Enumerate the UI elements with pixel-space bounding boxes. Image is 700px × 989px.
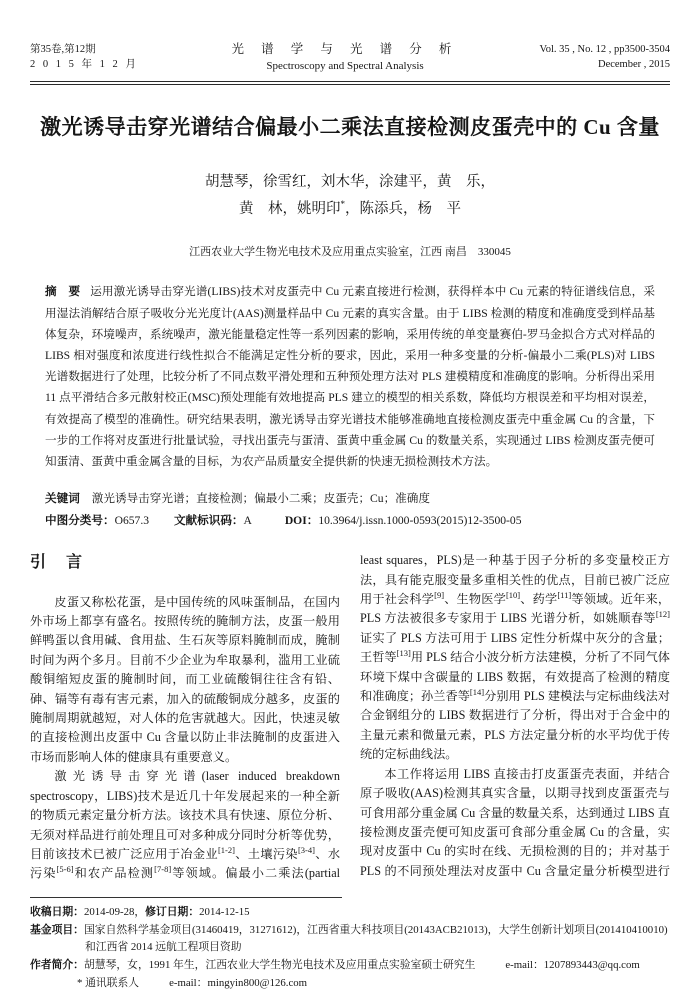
doi-label: DOI： [285, 514, 319, 527]
footnote-author-bio: 作者简介：胡慧琴，女，1991 年生，江西农业大学生物光电技术及应用重点实验室硕… [30, 957, 670, 975]
journal-date-en: December , 2015 [490, 57, 670, 72]
journal-date-cn: 2 0 1 5 年 1 2 月 [30, 57, 200, 72]
fund-text: 国家自然科学基金项目(31460419，31271612)，江西省重大科技项目(… [84, 924, 668, 954]
footnote-rule [30, 897, 342, 898]
author-list: 胡慧琴，徐雪红，刘木华，涂建平，黄 乐， 黄 林，姚明印*，陈添兵，杨 平 [30, 169, 670, 223]
body-columns: 引 言 皮蛋又称松花蛋，是中国传统的风味蛋制品，在国内外市场上都享有盛名。按照传… [30, 551, 670, 887]
corresponding-text: * 通讯联系人 [77, 977, 139, 989]
journal-header: 第35卷,第12期 2 0 1 5 年 1 2 月 光 谱 学 与 光 谱 分 … [30, 42, 670, 74]
received-value: 2014-09-28， [84, 906, 145, 918]
section-heading-introduction: 引 言 [30, 553, 340, 572]
footnote-corresponding: * 通讯联系人e-mail：mingyin800@126.com [30, 975, 670, 989]
journal-volume-cn: 第35卷,第12期 [30, 42, 200, 57]
journal-title-cn: 光 谱 学 与 光 谱 分 析 [200, 42, 490, 57]
article-title: 激光诱导击穿光谱结合偏最小二乘法直接检测皮蛋壳中的 Cu 含量 [30, 111, 670, 141]
journal-volume-en: Vol. 35 , No. 12 , pp3500-3504 [490, 42, 670, 57]
clc-value: O657.3 [115, 514, 149, 527]
footnote-dates: 收稿日期：2014-09-28，修订日期：2014-12-15 [30, 904, 670, 922]
doi-value: 10.3964/j.issn.1000-0593(2015)12-3500-05 [318, 514, 521, 527]
doc-code-label: 文献标识码： [174, 514, 244, 527]
revised-value: 2014-12-15 [199, 906, 249, 918]
abstract: 摘 要运用激光诱导击穿光谱(LIBS)技术对皮蛋壳中 Cu 元素直接进行检测，获… [45, 281, 655, 472]
keywords-text: 激光诱导击穿光谱；直接检测；偏最小二乘；皮蛋壳；Cu；准确度 [92, 492, 430, 505]
abstract-text: 运用激光诱导击穿光谱(LIBS)技术对皮蛋壳中 Cu 元素直接进行检测，获得样本… [45, 285, 655, 468]
journal-title-block: 光 谱 学 与 光 谱 分 析 Spectroscopy and Spectra… [200, 42, 490, 74]
affiliation: 江西农业大学生物光电技术及应用重点实验室，江西 南昌 330045 [30, 243, 670, 259]
journal-issue-en-block: Vol. 35 , No. 12 , pp3500-3504 December … [490, 42, 670, 72]
bio-text: 胡慧琴，女，1991 年生，江西农业大学生物光电技术及应用重点实验室硕士研究生 [84, 959, 475, 971]
body-paragraph-1: 皮蛋又称松花蛋，是中国传统的风味蛋制品，在国内外市场上都享有盛名。按照传统的腌制… [30, 593, 340, 768]
meta-line: 中图分类号：O657.3 文献标识码：A DOI：10.3964/j.issn.… [45, 511, 655, 531]
keywords-label: 关键词 [45, 492, 80, 505]
clc-label: 中图分类号： [45, 514, 115, 527]
author-line-2: 黄 林，姚明印*，陈添兵，杨 平 [30, 196, 670, 223]
keywords: 关键词激光诱导击穿光谱；直接检测；偏最小二乘；皮蛋壳；Cu；准确度 [45, 489, 655, 509]
received-label: 收稿日期： [30, 906, 84, 918]
abstract-label: 摘 要 [45, 285, 80, 298]
footnotes: 收稿日期：2014-09-28，修订日期：2014-12-15 基金项目：国家自… [30, 904, 670, 989]
fund-label: 基金项目： [30, 924, 84, 936]
header-double-rule [30, 81, 670, 85]
bio-label: 作者简介： [30, 959, 84, 971]
journal-title-en: Spectroscopy and Spectral Analysis [200, 59, 490, 74]
doc-code-value: A [244, 514, 252, 527]
bio-email: e-mail：1207893443@qq.com [505, 959, 639, 971]
paper-page: 第35卷,第12期 2 0 1 5 年 1 2 月 光 谱 学 与 光 谱 分 … [0, 0, 700, 989]
corresponding-email: e-mail：mingyin800@126.com [169, 977, 307, 989]
footnote-funding: 基金项目：国家自然科学基金项目(31460419，31271612)，江西省重大… [30, 922, 670, 957]
revised-label: 修订日期： [145, 906, 199, 918]
journal-issue-cn-block: 第35卷,第12期 2 0 1 5 年 1 2 月 [30, 42, 200, 72]
author-line-1: 胡慧琴，徐雪红，刘木华，涂建平，黄 乐， [30, 169, 670, 196]
